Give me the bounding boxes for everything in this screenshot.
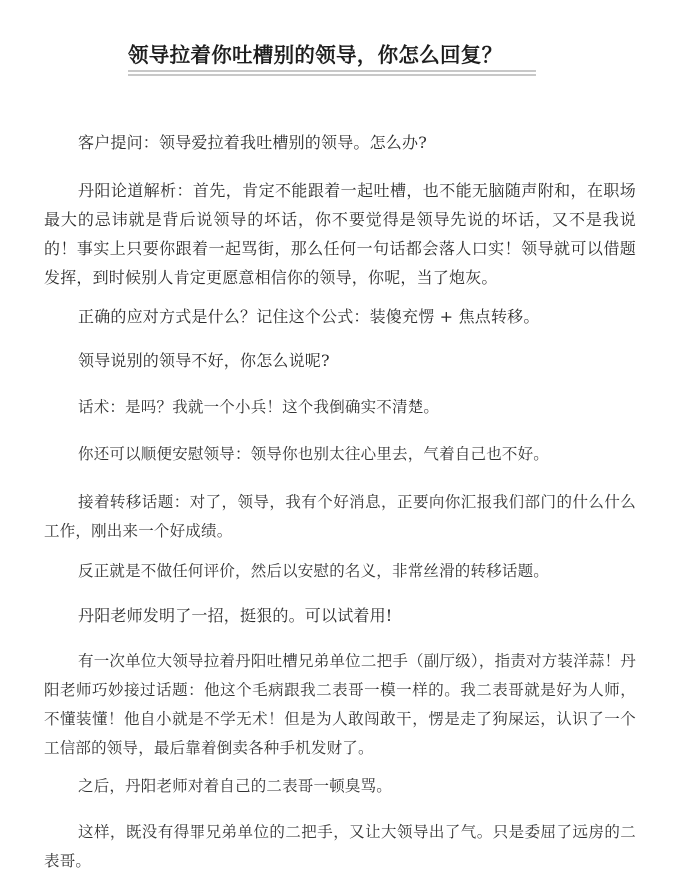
paragraph-after: 之后，丹阳老师对着自己的二表哥一顿臭骂。 [44, 772, 636, 801]
title-underline-top [128, 70, 536, 72]
paragraph-trick: 丹阳老师发明了一招，挺狠的。可以试着用! [44, 601, 636, 630]
paragraph-formula: 正确的应对方式是什么？记住这个公式：装傻充愣 + 焦点转移。 [44, 302, 636, 331]
paragraph-summary: 反正就是不做任何评价，然后以安慰的名义，非常丝滑的转移话题。 [44, 557, 636, 586]
paragraph-analysis: 丹阳论道解析：首先，肯定不能跟着一起吐槽，也不能无脑随声附和，在职场最大的忌讳就… [44, 176, 636, 292]
paragraph-how-to-say: 领导说别的领导不好，你怎么说呢? [44, 346, 636, 375]
paragraph-story: 有一次单位大领导拉着丹阳吐槽兄弟单位二把手（副厅级），指责对方装洋蒜！丹阳老师巧… [44, 647, 636, 763]
paragraph-comfort: 你还可以顺便安慰领导：领导你也别太往心里去，气着自己也不好。 [44, 440, 636, 469]
title-underline-bottom [128, 74, 536, 76]
paragraph-shift-topic: 接着转移话题：对了，领导，我有个好消息，正要向你汇报我们部门的什么什么工作，刚出… [44, 488, 636, 546]
paragraph-conclusion: 这样，既没有得罪兄弟单位的二把手，又让大领导出了气。只是委屈了远房的二表哥。 [44, 818, 636, 876]
paragraph-script: 话术：是吗？我就一个小兵！这个我倒确实不清楚。 [44, 393, 636, 422]
article-title: 领导拉着你吐槽别的领导，你怎么回复？ [128, 38, 538, 68]
paragraph-question: 客户提问：领导爱拉着我吐槽别的领导。怎么办? [44, 128, 636, 157]
